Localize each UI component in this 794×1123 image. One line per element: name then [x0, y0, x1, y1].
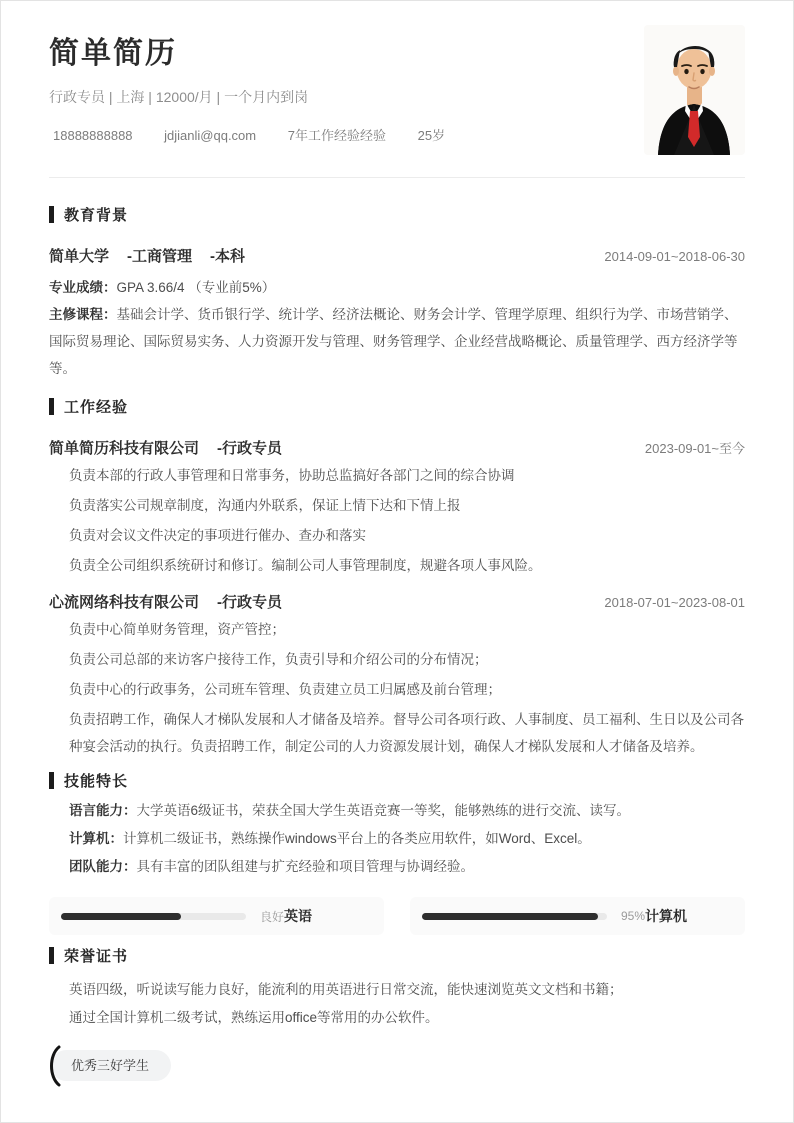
job1-bullets: 负责本部的行政人事管理和日常事务，协助总监搞好各部门之间的综合协调 负责落实公司…: [49, 462, 745, 579]
job1-position: -行政专员: [217, 437, 282, 458]
job1-company: 简单简历科技有限公司: [49, 437, 199, 458]
section-honors: 荣誉证书 英语四级，听说读写能力良好，能流利的用英语进行日常交流，能快速浏览英文…: [49, 945, 745, 1081]
job2-company: 心流网络科技有限公司: [49, 591, 199, 612]
skill-language-label: 语言能力：: [69, 803, 137, 818]
computer-progress-fill: [422, 913, 598, 920]
honor-badge: 优秀三好学生: [51, 1050, 171, 1081]
job-entry: 心流网络科技有限公司 -行政专员 2018-07-01~2023-08-01 负…: [49, 591, 745, 760]
gpa-label: 专业成绩：: [49, 280, 117, 295]
education-entry-header: 简单大学 -工商管理 -本科 2014-09-01~2018-06-30: [49, 245, 745, 266]
skill-computer-line: 计算机：计算机二级证书，熟练操作windows平台上的各类应用软件，如Word、…: [69, 825, 745, 853]
contact-experience: 7年工作经验经验: [288, 128, 386, 143]
section-accent-bar: [49, 398, 54, 415]
skill-language-line: 语言能力：大学英语6级证书，荣获全国大学生英语竞赛一等奖，能够熟练的进行交流、读…: [69, 797, 745, 825]
job1-bullet: 负责对会议文件决定的事项进行催办、查办和落实: [69, 522, 745, 549]
courses-value: 基础会计学、货币银行学、统计学、经济法概论、财务会计学、管理学原理、组织行为学、…: [49, 307, 738, 376]
header-divider: [49, 177, 745, 178]
skill-team-line: 团队能力：具有丰富的团队组建与扩充经验和项目管理与协调经验。: [69, 853, 745, 881]
education-date: 2014-09-01~2018-06-30: [604, 249, 745, 264]
section-accent-bar: [49, 947, 54, 964]
avatar-illustration: [644, 25, 745, 155]
contact-phone: 18888888888: [53, 128, 133, 143]
skill-team-label: 团队能力：: [69, 859, 137, 874]
skills-section-header: 技能特长: [49, 770, 745, 791]
honors-lines: 英语四级，听说读写能力良好，能流利的用英语进行日常交流，能快速浏览英文文档和书籍…: [49, 976, 745, 1032]
education-section-title: 教育背景: [64, 204, 128, 225]
job2-bullet: 负责公司总部的来访客户接待工作，负责引导和介绍公司的分布情况；: [69, 646, 745, 673]
skills-lines: 语言能力：大学英语6级证书，荣获全国大学生英语竞赛一等奖，能够熟练的进行交流、读…: [49, 797, 745, 881]
job2-bullet: 负责中心简单财务管理，资产管控；: [69, 616, 745, 643]
computer-progress-track: [422, 913, 607, 920]
job1-date: 2023-09-01~至今: [645, 438, 745, 457]
work-section-header: 工作经验: [49, 396, 745, 417]
section-accent-bar: [49, 772, 54, 789]
job-entry: 简单简历科技有限公司 -行政专员 2023-09-01~至今 负责本部的行政人事…: [49, 437, 745, 579]
honors-section-header: 荣誉证书: [49, 945, 745, 966]
contact-age: 25岁: [418, 128, 445, 143]
contact-row: 18888888888 jdjianli@qq.com 7年工作经验经验 25岁: [49, 127, 745, 145]
skill-bar-english: 良好 英语: [49, 897, 384, 935]
honor-badge-label: 优秀三好学生: [51, 1050, 171, 1081]
english-progress-fill: [61, 913, 181, 920]
job1-bullet: 负责本部的行政人事管理和日常事务，协助总监搞好各部门之间的综合协调: [69, 462, 745, 489]
section-skills: 技能特长 语言能力：大学英语6级证书，荣获全国大学生英语竞赛一等奖，能够熟练的进…: [49, 770, 745, 935]
gpa-value: GPA 3.66/4 （专业前5%）: [117, 280, 276, 295]
job1-bullet: 负责全公司组织系统研讨和修订。编制公司人事管理制度，规避各项人事风险。: [69, 552, 745, 579]
contact-email: jdjianli@qq.com: [164, 128, 256, 143]
skill-computer-text: 计算机二级证书，熟练操作windows平台上的各类应用软件，如Word、Exce…: [123, 831, 591, 846]
work-section-title: 工作经验: [64, 396, 128, 417]
job1-header: 简单简历科技有限公司 -行政专员 2023-09-01~至今: [49, 437, 745, 458]
courses-label: 主修课程：: [49, 307, 117, 322]
computer-skill-name: 计算机: [645, 906, 687, 926]
job2-header: 心流网络科技有限公司 -行政专员 2018-07-01~2023-08-01: [49, 591, 745, 612]
section-education: 教育背景 简单大学 -工商管理 -本科 2014-09-01~2018-06-3…: [49, 204, 745, 382]
job2-position: -行政专员: [217, 591, 282, 612]
job2-bullets: 负责中心简单财务管理，资产管控； 负责公司总部的来访客户接待工作，负责引导和介绍…: [49, 616, 745, 760]
section-accent-bar: [49, 206, 54, 223]
skill-bars-row: 良好 英语 95% 计算机: [49, 897, 745, 935]
skill-computer-label: 计算机：: [69, 831, 123, 846]
resume-page: 简单简历 行政专员 | 上海 | 12000/月 | 一个月内到岗 188888…: [0, 0, 794, 1123]
section-work: 工作经验 简单简历科技有限公司 -行政专员 2023-09-01~至今 负责本部…: [49, 396, 745, 760]
profile-photo: [644, 25, 745, 155]
resume-subtitle: 行政专员 | 上海 | 12000/月 | 一个月内到岗: [49, 87, 745, 107]
paren-decoration-icon: [45, 1044, 61, 1093]
skill-team-text: 具有丰富的团队组建与扩充经验和项目管理与协调经验。: [137, 859, 475, 874]
honors-section-title: 荣誉证书: [64, 945, 128, 966]
skill-bar-computer: 95% 计算机: [410, 897, 745, 935]
english-level-label: 良好: [260, 908, 284, 925]
honor-line: 英语四级，听说读写能力良好，能流利的用英语进行日常交流，能快速浏览英文文档和书籍…: [69, 976, 745, 1004]
job2-bullet: 负责中心的行政事务，公司班车管理、负责建立员工归属感及前台管理；: [69, 676, 745, 703]
job1-bullet: 负责落实公司规章制度，沟通内外联系，保证上情下达和下情上报: [69, 492, 745, 519]
skills-section-title: 技能特长: [64, 770, 128, 791]
english-progress-track: [61, 913, 246, 920]
courses-line: 主修课程：基础会计学、货币银行学、统计学、经济法概论、财务会计学、管理学原理、组…: [49, 301, 745, 382]
resume-name: 简单简历: [49, 37, 745, 71]
major-name: -工商管理: [127, 245, 192, 266]
school-name: 简单大学: [49, 245, 109, 266]
degree-name: -本科: [210, 245, 245, 266]
job2-date: 2018-07-01~2023-08-01: [604, 595, 745, 610]
honor-line: 通过全国计算机二级考试，熟练运用office等常用的办公软件。: [69, 1004, 745, 1032]
resume-header: 简单简历 行政专员 | 上海 | 12000/月 | 一个月内到岗 188888…: [49, 37, 745, 145]
english-skill-name: 英语: [284, 906, 312, 926]
education-section-header: 教育背景: [49, 204, 745, 225]
computer-level-label: 95%: [621, 909, 645, 923]
job2-bullet: 负责招聘工作，确保人才梯队发展和人才储备及培养。督导公司各项行政、人事制度、员工…: [69, 706, 745, 760]
gpa-line: 专业成绩：GPA 3.66/4 （专业前5%）: [49, 274, 745, 301]
skill-language-text: 大学英语6级证书，荣获全国大学生英语竞赛一等奖，能够熟练的进行交流、读写。: [137, 803, 631, 818]
